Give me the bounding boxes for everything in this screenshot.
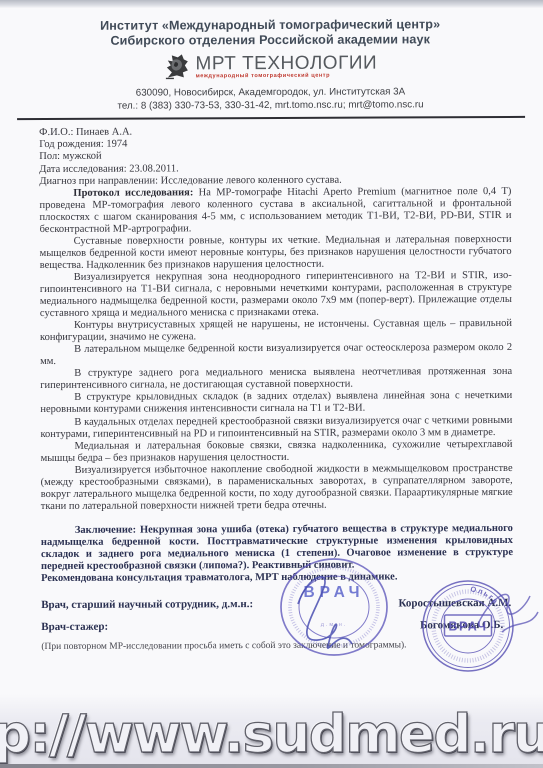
report-paragraph: В латеральном мыщелке бедренной кости ви… — [40, 342, 512, 368]
report-paragraph: Визуализируется избыточное накопление св… — [41, 463, 513, 513]
report-paragraph: В каудальных отделах передней крестообра… — [40, 414, 512, 440]
mrt-logo-title: МРТ ТЕХНОЛОГИИ — [195, 53, 377, 73]
header-divider — [17, 116, 525, 120]
document-content: Институт «Международный томографический … — [0, 7, 543, 654]
protocol-paragraph: Протокол исследования: На МР-томографе H… — [39, 186, 511, 236]
doctor-title-label: Врач, старший научный сотрудник, д.м.н.: — [41, 598, 253, 612]
trainee-title-label: Врач-стажер: — [41, 621, 108, 634]
mrt-logo-subtitle: международный томографический центр — [196, 72, 330, 80]
report-paragraph: В структуре крыловидных складок (в задни… — [40, 390, 512, 416]
conclusion-lead: Заключение: — [75, 524, 136, 535]
institute-name-line2: Сибирского отделения Российской академии… — [0, 31, 542, 48]
signature-row-doctor: Врач, старший научный сотрудник, д.м.н.:… — [41, 597, 513, 612]
report-paragraph: В структуре заднего рога медиального мен… — [40, 366, 512, 392]
report-body: Ф.И.О.: Пинаев А.А. Год рождения: 1974 П… — [39, 125, 513, 653]
trainee-name: Богомякова О.Б. — [420, 619, 513, 632]
letterhead: Институт «Международный томографический … — [0, 7, 542, 114]
recommendation-line: Рекомендована консультация травматолога,… — [41, 571, 513, 585]
sudmed-watermark: p://www.sudmed.ru — [0, 704, 543, 765]
mrt-logo-text: МРТ ТЕХНОЛОГИИ международный томографиче… — [195, 53, 377, 80]
report-paragraph: Суставные поверхности ровные, контуры их… — [40, 234, 512, 272]
repeat-exam-note: (При повторном МР-исследовании просьба и… — [41, 639, 513, 653]
mrt-logo-icon — [163, 54, 188, 81]
scan-edge-bottom — [0, 764, 543, 768]
doctor-name: Коростышевская А.М. — [398, 597, 513, 611]
header-phone: тел.: 8 (383) 330-73-53, 330-31-42, mrt.… — [0, 99, 542, 114]
report-paragraph: Медиальная и латеральная боковые связки,… — [40, 439, 512, 465]
report-paragraph: Визуализируется некрупная зона неоднород… — [40, 270, 512, 320]
signature-row-trainee: Врач-стажер: Богомякова О.Б. — [41, 619, 513, 634]
protocol-lead: Протокол исследования: — [73, 187, 193, 199]
mrt-logo: МРТ ТЕХНОЛОГИИ международный томографиче… — [0, 50, 542, 83]
conclusion-paragraph: Заключение: Некрупная зона ушиба (отека)… — [41, 523, 513, 573]
scanned-mri-report-page: Институт «Международный томографический … — [0, 0, 543, 768]
report-paragraph: Контуры внутрисуставных хрящей не наруше… — [40, 318, 512, 344]
